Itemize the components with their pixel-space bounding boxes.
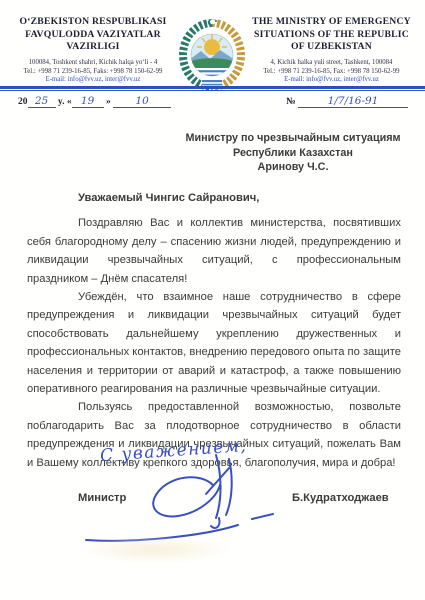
addressee-line: Министру по чрезвычайным ситуациям <box>170 131 416 146</box>
emblem-container <box>178 18 246 90</box>
letter-page: O‘ZBEKISTON RESPUBLIKASI FAVQULODDA VAZI… <box>0 0 425 600</box>
date-day-handwritten: 19 <box>81 95 94 107</box>
paragraph: Убеждён, что взаимное наше сотрудничеств… <box>27 288 401 398</box>
phone-line: Tel.: +998 71 239-16-85, Fax: +998 78 15… <box>246 68 417 77</box>
signer-name: Б.Кудратходжаев <box>292 492 389 504</box>
date-month-handwritten: 10 <box>135 95 148 107</box>
reference-row: 2025 y. «19 » 10 № 1/7/16-91 <box>18 95 408 108</box>
letterhead: O‘ZBEKISTON RESPUBLIKASI FAVQULODDA VAZI… <box>8 16 417 90</box>
addressee-line: Аринову Ч.С. <box>170 160 416 175</box>
uzbekistan-emblem-icon <box>179 18 245 90</box>
letter-body: Уважаемый Чингис Сайранович, Поздравляю … <box>27 189 401 472</box>
letterhead-english: THE MINISTRY OF EMERGENCY SITUATIONS OF … <box>246 16 417 85</box>
paragraph: Поздравляю Вас и коллектив министерства,… <box>27 214 401 288</box>
date-line: 2025 y. «19 » 10 <box>18 95 171 108</box>
letterhead-uzbek: O‘ZBEKISTON RESPUBLIKASI FAVQULODDA VAZI… <box>8 16 178 85</box>
signer-title: Министр <box>78 492 126 504</box>
org-title-english: THE MINISTRY OF EMERGENCY SITUATIONS OF … <box>246 16 417 54</box>
salutation: Уважаемый Чингис Сайранович, <box>27 189 401 207</box>
number-handwritten: 1/7/16-91 <box>328 95 379 107</box>
contact-block-english: 4, Kichik halka yuli street, Tashkent, 1… <box>246 59 417 85</box>
scan-stain <box>78 536 233 564</box>
org-title-line: VAZIRLIGI <box>8 41 178 54</box>
org-title-line: SITUATIONS OF THE REPUBLIC <box>246 29 417 42</box>
header-divider <box>0 86 425 91</box>
phone-line: Tel.: +998 71 239-16-85, Faks: +998 78 1… <box>8 68 178 77</box>
addressee-line: Республики Казахстан <box>170 146 416 161</box>
date-prefix: 20 <box>18 97 28 107</box>
date-year-handwritten: 25 <box>35 95 48 107</box>
address-line: 4, Kichik halka yuli street, Tashkent, 1… <box>246 59 417 68</box>
org-title-line: FAVQULODDA VAZIYATLAR <box>8 29 178 42</box>
email-line: E-mail: info@fvv.uz, inter@fvv.uz <box>246 76 417 85</box>
date-close: » <box>106 97 111 107</box>
date-mid: y. « <box>58 97 72 107</box>
contact-block-uzbek: 100084, Toshkent shahri, Kichik halqa yo… <box>8 59 178 85</box>
org-title-line: O‘ZBEKISTON RESPUBLIKASI <box>8 16 178 29</box>
addressee-block: Министру по чрезвычайным ситуациям Респу… <box>170 131 416 175</box>
org-title-uzbek: O‘ZBEKISTON RESPUBLIKASI FAVQULODDA VAZI… <box>8 16 178 54</box>
number-label: № <box>286 97 296 107</box>
org-title-line: THE MINISTRY OF EMERGENCY <box>246 16 417 29</box>
number-line: № 1/7/16-91 <box>286 95 408 108</box>
email-line: E-mail: info@fvv.uz, inter@fvv.uz <box>8 76 178 85</box>
address-line: 100084, Toshkent shahri, Kichik halqa yo… <box>8 59 178 68</box>
org-title-line: OF UZBEKISTAN <box>246 41 417 54</box>
